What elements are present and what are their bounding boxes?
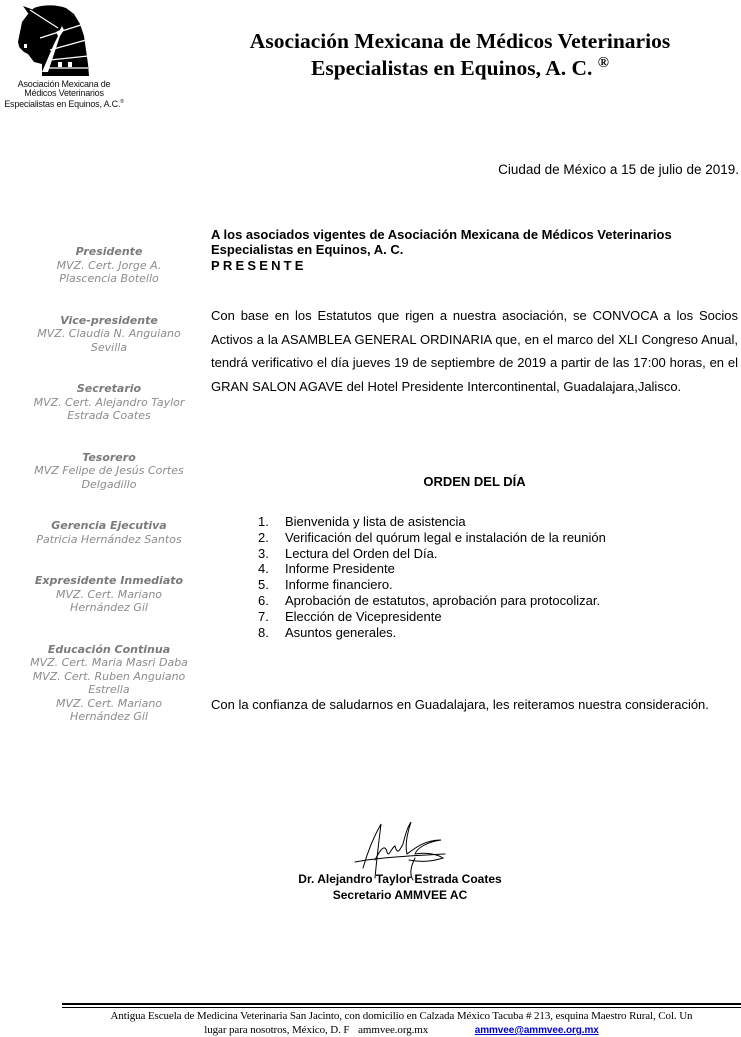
agenda-item: 4.Informe Presidente (258, 561, 718, 577)
horse-head-logo-icon (14, 2, 96, 80)
agenda-item: 6.Aprobación de estatutos, aprobación pa… (258, 593, 718, 609)
board-role-vice-president: Vice-presidente MVZ. Claudia N. Anguiano… (22, 314, 196, 355)
board-role-continuing-education: Educación Continua MVZ. Cert. Maria Masr… (22, 643, 196, 724)
agenda-title: ORDEN DEL DÍA (211, 474, 738, 489)
footer-address: Antigua Escuela de Medicina Veterinaria … (62, 1009, 741, 1037)
footer-divider (62, 1003, 741, 1005)
agenda-item: 2.Verificación del quórum legal e instal… (258, 530, 718, 546)
agenda-item: 8.Asuntos generales. (258, 625, 718, 641)
convocation-paragraph: Con base en los Estatutos que rigen a nu… (211, 304, 738, 398)
footer-divider-thin (62, 1007, 741, 1008)
agenda-item: 5.Informe financiero. (258, 577, 718, 593)
board-role-president: Presidente MVZ. Cert. Jorge A. Plascenci… (22, 245, 196, 286)
addressee-block: A los asociados vigentes de Asociación M… (211, 227, 741, 273)
logo-caption: Asociación Mexicana de Médicos Veterinar… (0, 80, 128, 109)
signer-block: Dr. Alejandro Taylor Estrada Coates Secr… (270, 871, 530, 903)
presente-label: PRESENTE (211, 258, 741, 273)
agenda-list: 1.Bienvenida y lista de asistencia 2.Ver… (258, 514, 718, 640)
board-role-immediate-past-president: Expresidente Inmediato MVZ. Cert. Marian… (22, 574, 196, 615)
organization-title: Asociación Mexicana de Médicos Veterinar… (200, 28, 720, 82)
registered-mark: ® (598, 55, 609, 71)
association-logo: Asociación Mexicana de Médicos Veterinar… (0, 0, 130, 110)
board-role-executive-management: Gerencia Ejecutiva Patricia Hernández Sa… (22, 519, 196, 546)
email-link[interactable]: ammvee@ammvee.org.mx (475, 1025, 599, 1036)
agenda-item: 7.Elección de Vicepresidente (258, 609, 718, 625)
agenda-item: 1.Bienvenida y lista de asistencia (258, 514, 718, 530)
signer-title: Secretario AMMVEE AC (270, 887, 530, 903)
board-sidebar: Presidente MVZ. Cert. Jorge A. Plascenci… (22, 245, 196, 752)
closing-sentence: Con la confianza de saludarnos en Guadal… (211, 697, 709, 712)
board-role-treasurer: Tesorero MVZ Felipe de Jesús Cortes Delg… (22, 451, 196, 492)
agenda-item: 3.Lectura del Orden del Día. (258, 546, 718, 562)
signer-name: Dr. Alejandro Taylor Estrada Coates (270, 871, 530, 887)
website-text: ammvee.org.mx (358, 1024, 428, 1036)
letter-date: Ciudad de México a 15 de julio de 2019. (498, 162, 739, 177)
board-role-secretary: Secretario MVZ. Cert. Alejandro Taylor E… (22, 382, 196, 423)
